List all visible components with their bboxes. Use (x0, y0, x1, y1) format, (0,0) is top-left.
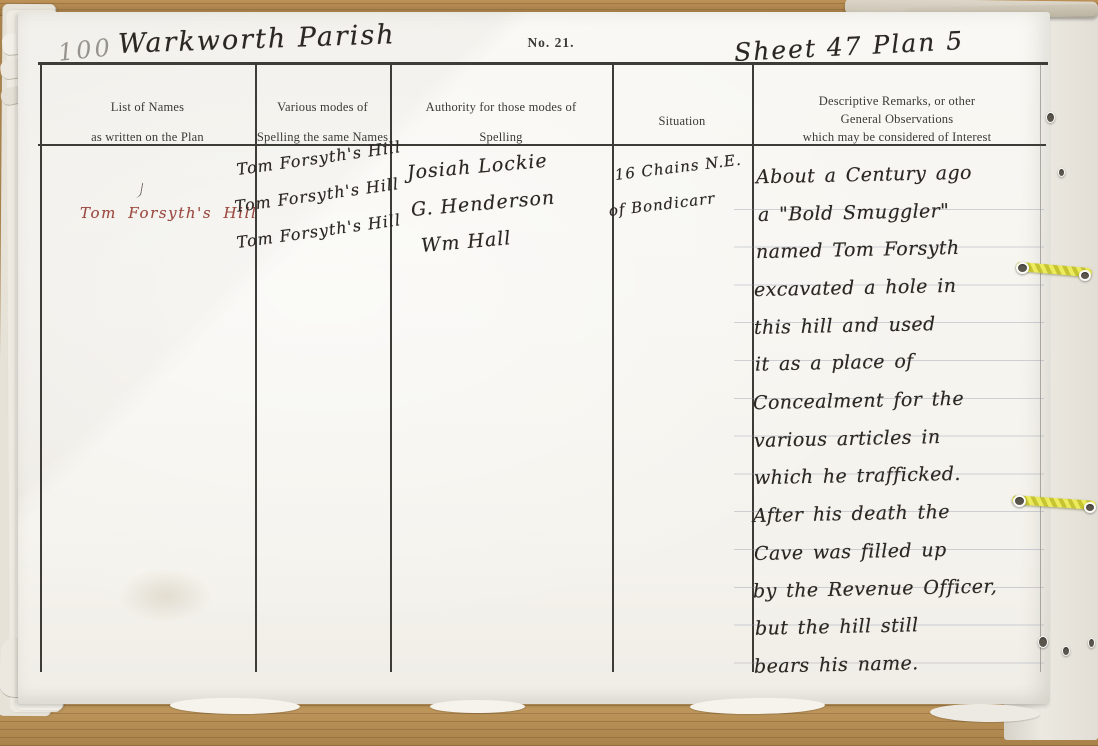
paper-stain (118, 568, 213, 623)
remark-line: named Tom Forsyth (756, 237, 960, 263)
punched-hole (1088, 638, 1095, 648)
situation-line: of Bondicarr (608, 189, 717, 220)
column-header-remarks-line3: which may be considered of Interest (752, 130, 1042, 145)
punched-hole (1084, 502, 1096, 513)
punched-hole (1046, 112, 1055, 123)
remark-line: About a Century ago (756, 162, 972, 189)
name-on-plan-red-ink: Tom Forsyth's Hill (80, 204, 257, 222)
column-header-remarks-line2: General Observations (752, 112, 1042, 127)
remark-line: it as a place of (755, 350, 914, 375)
situation-line: 16 Chains N.E. (614, 151, 743, 184)
column-header-authority-line2: Spelling (390, 130, 612, 145)
remark-line: excavated a hole in (754, 275, 957, 301)
remark-line: various articles in (754, 426, 941, 452)
torn-paper-edge (430, 700, 525, 713)
punched-hole (1013, 495, 1026, 507)
column-header-names-line1: List of Names (40, 100, 255, 115)
punched-hole (1062, 646, 1070, 656)
spelling-entry: Tom Forsyth's Hill (233, 174, 400, 216)
remark-line: a "Bold Smuggler" (758, 200, 950, 226)
remark-line: bears his name. (754, 652, 919, 677)
table-border-left (40, 64, 42, 672)
page-number-label: No. 21. (506, 35, 596, 51)
column-divider (255, 64, 257, 672)
tick-mark (133, 181, 144, 198)
remark-line: but the hill still (755, 614, 919, 639)
column-divider (612, 64, 614, 672)
main-page: Warkworth Parish No. 21. Sheet 47 Plan 5… (18, 12, 1050, 704)
remark-line: Concealment for the (753, 388, 964, 414)
column-header-authority-line1: Authority for those modes of (390, 100, 612, 115)
scanned-ledger-scene: Warkworth Parish No. 21. Sheet 47 Plan 5… (0, 0, 1098, 746)
punched-hole (1079, 270, 1091, 281)
punched-hole (1038, 636, 1048, 648)
parish-title-handwritten: Warkworth Parish (118, 19, 397, 60)
column-header-names-line2: as written on the Plan (40, 130, 255, 145)
authority-entry: Wm Hall (420, 227, 512, 257)
authority-entry: Josiah Lockie (406, 150, 548, 184)
column-header-situation: Situation (612, 114, 752, 129)
authority-entry: G. Henderson (410, 186, 556, 221)
spelling-entry: Tom Forsyth's Hill (235, 210, 402, 252)
column-header-spelling-line1: Various modes of (255, 100, 390, 115)
punched-hole (1016, 262, 1029, 274)
column-header-remarks-line1: Descriptive Remarks, or other (752, 94, 1042, 109)
remark-line: this hill and used (754, 313, 936, 339)
remark-line: which he trafficked. (754, 463, 961, 489)
remark-line: Cave was filled up (754, 539, 947, 565)
sheet-plan-handwritten: Sheet 47 Plan 5 (733, 26, 964, 67)
table-top-rule (38, 62, 1048, 65)
remark-line: After his death the (753, 501, 950, 527)
punched-hole (1058, 168, 1065, 177)
